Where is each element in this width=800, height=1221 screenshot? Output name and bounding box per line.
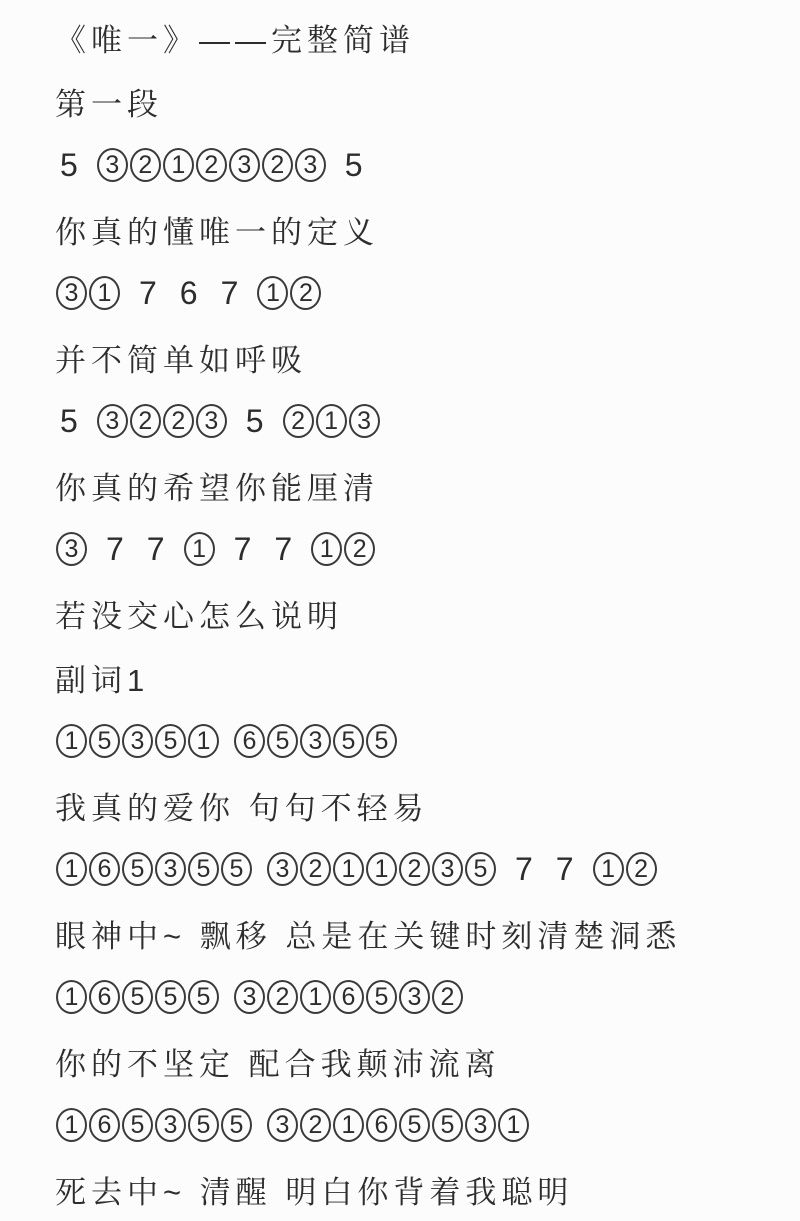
heading-text: 《唯一》——完整简谱 — [55, 15, 415, 60]
circled-note: 2 — [130, 148, 161, 182]
heading-text: 副词1 — [55, 655, 149, 700]
circled-note: 3 — [97, 148, 128, 182]
circled-note: 6 — [234, 724, 265, 758]
plain-note: 7 — [221, 277, 239, 309]
circled-note: 5 — [221, 852, 252, 886]
circled-note: 3 — [465, 1108, 496, 1142]
circled-note: 2 — [196, 148, 227, 182]
circled-note: 3 — [229, 148, 260, 182]
lyrics-text: 眼神中~ 飘移 总是在关键时刻清楚洞悉 — [55, 911, 681, 956]
circled-note: 1 — [311, 532, 342, 566]
circled-note: 1 — [56, 724, 87, 758]
circled-note: 6 — [89, 980, 120, 1014]
circled-note: 1 — [184, 532, 215, 566]
lyrics-text: 你的不坚定 配合我颠沛流离 — [55, 1039, 501, 1084]
circled-note: 5 — [267, 724, 298, 758]
notes-line: 532123235 — [55, 133, 790, 197]
circled-note: 5 — [122, 852, 153, 886]
circled-note: 3 — [97, 404, 128, 438]
lyrics-line: 你真的懂唯一的定义 — [55, 197, 790, 261]
plain-note: 5 — [345, 149, 363, 181]
circled-note: 3 — [196, 404, 227, 438]
notes-line: 1535165355 — [55, 709, 790, 773]
lyrics-line: 你的不坚定 配合我颠沛流离 — [55, 1029, 790, 1093]
circled-note: 6 — [333, 980, 364, 1014]
lyrics-text: 并不简单如呼吸 — [55, 335, 307, 380]
notes-line: 532235213 — [55, 389, 790, 453]
lyrics-line: 并不简单如呼吸 — [55, 325, 790, 389]
heading-text: 第一段 — [55, 79, 163, 124]
circled-note: 1 — [333, 1108, 364, 1142]
circled-note: 1 — [316, 404, 347, 438]
plain-note: 7 — [106, 533, 124, 565]
circled-note: 3 — [267, 1108, 298, 1142]
lyrics-line: 若没交心怎么说明 — [55, 581, 790, 645]
circled-note: 2 — [344, 532, 375, 566]
circled-note: 1 — [498, 1108, 529, 1142]
circled-note: 3 — [155, 852, 186, 886]
circled-note: 5 — [333, 724, 364, 758]
plain-note: 5 — [60, 405, 78, 437]
circled-note: 5 — [221, 1108, 252, 1142]
notes-line: 16535532112357712 — [55, 837, 790, 901]
circled-note: 5 — [122, 1108, 153, 1142]
circled-note: 2 — [300, 852, 331, 886]
circled-note: 5 — [366, 724, 397, 758]
heading-line: 《唯一》——完整简谱 — [55, 5, 790, 69]
circled-note: 3 — [122, 724, 153, 758]
circled-note: 3 — [349, 404, 380, 438]
circled-note: 1 — [593, 852, 624, 886]
circled-note: 2 — [283, 404, 314, 438]
circled-note: 5 — [122, 980, 153, 1014]
circled-note: 3 — [155, 1108, 186, 1142]
plain-note: 5 — [246, 405, 264, 437]
circled-note: 6 — [89, 852, 120, 886]
circled-note: 5 — [188, 980, 219, 1014]
circled-note: 5 — [155, 980, 186, 1014]
circled-note: 2 — [432, 980, 463, 1014]
circled-note: 1 — [188, 724, 219, 758]
circled-note: 3 — [399, 980, 430, 1014]
notes-line: 16535532165531 — [55, 1093, 790, 1157]
circled-note: 3 — [432, 852, 463, 886]
circled-note: 5 — [432, 1108, 463, 1142]
lyrics-line: 我真的爱你 句句不轻易 — [55, 773, 790, 837]
circled-note: 2 — [163, 404, 194, 438]
circled-note: 2 — [262, 148, 293, 182]
circled-note: 2 — [290, 276, 321, 310]
plain-note: 7 — [515, 853, 533, 885]
circled-note: 1 — [333, 852, 364, 886]
circled-note: 2 — [399, 852, 430, 886]
plain-note: 7 — [234, 533, 252, 565]
circled-note: 1 — [366, 852, 397, 886]
notes-line: 165553216532 — [55, 965, 790, 1029]
lyrics-text: 死去中~ 清醒 明白你背着我聪明 — [55, 1167, 573, 1212]
circled-note: 6 — [89, 1108, 120, 1142]
circled-note: 3 — [267, 852, 298, 886]
circled-note: 5 — [188, 852, 219, 886]
circled-note: 3 — [56, 532, 87, 566]
circled-note: 3 — [56, 276, 87, 310]
circled-note: 1 — [89, 276, 120, 310]
circled-note: 1 — [56, 980, 87, 1014]
lyrics-line: 死去中~ 清醒 明白你背着我聪明 — [55, 1157, 790, 1221]
lyrics-line: 你真的希望你能厘清 — [55, 453, 790, 517]
plain-note: 7 — [274, 533, 292, 565]
circled-note: 3 — [300, 724, 331, 758]
lyrics-line: 眼神中~ 飘移 总是在关键时刻清楚洞悉 — [55, 901, 790, 965]
lyrics-text: 你真的希望你能厘清 — [55, 463, 379, 508]
heading-line: 副词1 — [55, 645, 790, 709]
circled-note: 5 — [155, 724, 186, 758]
lyrics-text: 若没交心怎么说明 — [55, 591, 343, 636]
plain-note: 7 — [147, 533, 165, 565]
score-sheet: 《唯一》——完整简谱第一段532123235你真的懂唯一的定义3176712并不… — [0, 0, 800, 1221]
plain-note: 5 — [60, 149, 78, 181]
circled-note: 1 — [300, 980, 331, 1014]
circled-note: 5 — [89, 724, 120, 758]
notes-line: 3176712 — [55, 261, 790, 325]
circled-note: 5 — [188, 1108, 219, 1142]
plain-note: 7 — [139, 277, 157, 309]
circled-note: 2 — [626, 852, 657, 886]
circled-note: 3 — [295, 148, 326, 182]
heading-line: 第一段 — [55, 69, 790, 133]
lyrics-text: 你真的懂唯一的定义 — [55, 207, 379, 252]
circled-note: 1 — [163, 148, 194, 182]
circled-note: 1 — [257, 276, 288, 310]
circled-note: 5 — [399, 1108, 430, 1142]
score-lines: 《唯一》——完整简谱第一段532123235你真的懂唯一的定义3176712并不… — [55, 5, 790, 1221]
circled-note: 1 — [56, 852, 87, 886]
plain-note: 6 — [180, 277, 198, 309]
circled-note: 2 — [300, 1108, 331, 1142]
circled-note: 5 — [366, 980, 397, 1014]
circled-note: 5 — [465, 852, 496, 886]
circled-note: 2 — [130, 404, 161, 438]
circled-note: 2 — [267, 980, 298, 1014]
plain-note: 7 — [556, 853, 574, 885]
notes-line: 37717712 — [55, 517, 790, 581]
circled-note: 1 — [56, 1108, 87, 1142]
circled-note: 3 — [234, 980, 265, 1014]
circled-note: 6 — [366, 1108, 397, 1142]
lyrics-text: 我真的爱你 句句不轻易 — [55, 783, 429, 828]
